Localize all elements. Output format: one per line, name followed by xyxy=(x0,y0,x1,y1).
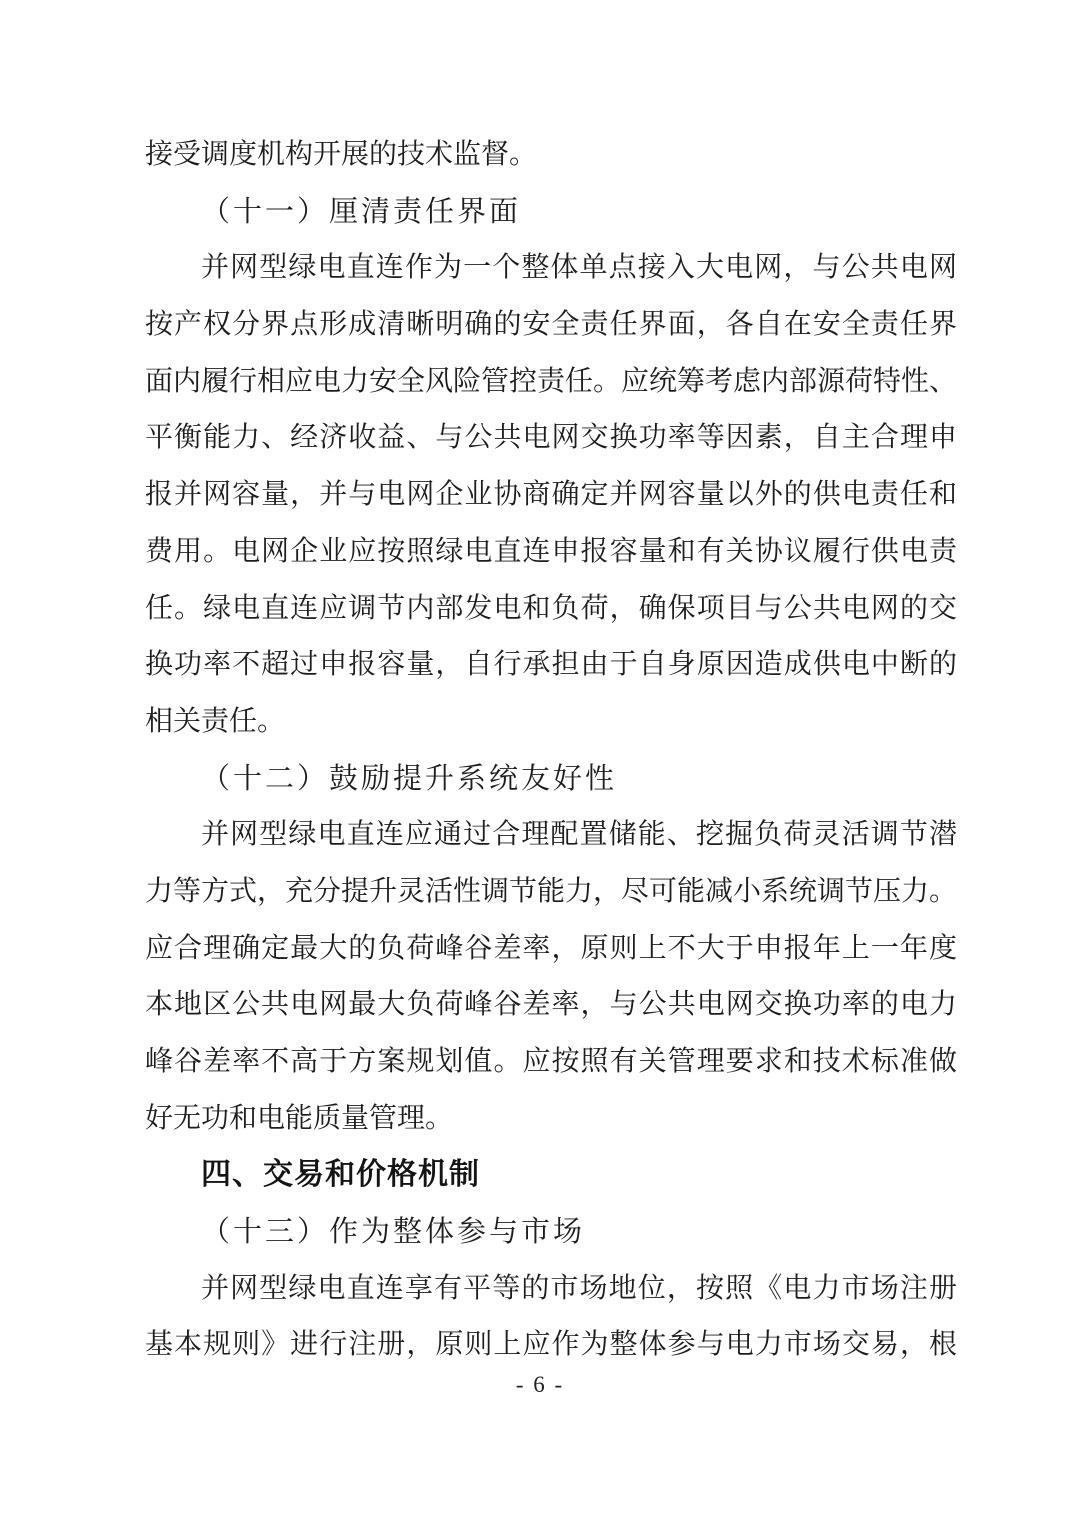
paragraph-line: 力等方式，充分提升灵活性调节能力，尽可能减小系统调节压力。 xyxy=(145,864,957,921)
paragraph-line: 并网型绿电直连享有平等的市场地位，按照《电力市场注册 xyxy=(145,1261,957,1318)
paragraph-line: 相关责任。 xyxy=(145,694,957,751)
paragraph-line: 并网型绿电直连应通过合理配置储能、挖掘负荷灵活调节潜 xyxy=(145,807,957,864)
subsection-heading-13: （十三）作为整体参与市场 xyxy=(145,1204,957,1261)
paragraph-line: 应合理确定最大的负荷峰谷差率，原则上不大于申报年上一年度 xyxy=(145,921,957,978)
paragraph-line: 报并网容量，并与电网企业协商确定并网容量以外的供电责任和 xyxy=(145,467,957,524)
paragraph-line: 本地区公共电网最大负荷峰谷差率，与公共电网交换功率的电力 xyxy=(145,977,957,1034)
paragraph-line: 并网型绿电直连作为一个整体单点接入大电网，与公共电网 xyxy=(145,240,957,297)
paragraph-line: 任。绿电直连应调节内部发电和负荷，确保项目与公共电网的交 xyxy=(145,581,957,638)
paragraph-line: 换功率不超过申报容量，自行承担由于自身原因造成供电中断的 xyxy=(145,637,957,694)
document-page: 接受调度机构开展的技术监督。 （十一）厘清责任界面 并网型绿电直连作为一个整体单… xyxy=(0,0,1080,1527)
document-body: 接受调度机构开展的技术监督。 （十一）厘清责任界面 并网型绿电直连作为一个整体单… xyxy=(145,127,957,1374)
subsection-heading-11: （十一）厘清责任界面 xyxy=(145,184,957,241)
paragraph-line: 基本规则》进行注册，原则上应作为整体参与电力市场交易，根 xyxy=(145,1317,957,1374)
page-number: - 6 - xyxy=(0,1372,1080,1398)
paragraph-line: 平衡能力、经济收益、与公共电网交换功率等因素，自主合理申 xyxy=(145,410,957,467)
paragraph-line: 按产权分界点形成清晰明确的安全责任界面，各自在安全责任界 xyxy=(145,297,957,354)
paragraph-line: 面内履行相应电力安全风险管控责任。应统筹考虑内部源荷特性、 xyxy=(145,354,957,411)
paragraph-line: 费用。电网企业应按照绿电直连申报容量和有关协议履行供电责 xyxy=(145,524,957,581)
subsection-heading-12: （十二）鼓励提升系统友好性 xyxy=(145,751,957,808)
paragraph-line: 接受调度机构开展的技术监督。 xyxy=(145,127,957,184)
paragraph-line: 峰谷差率不高于方案规划值。应按照有关管理要求和技术标准做 xyxy=(145,1034,957,1091)
paragraph-line: 好无功和电能质量管理。 xyxy=(145,1091,957,1148)
section-heading-4: 四、交易和价格机制 xyxy=(145,1147,957,1204)
